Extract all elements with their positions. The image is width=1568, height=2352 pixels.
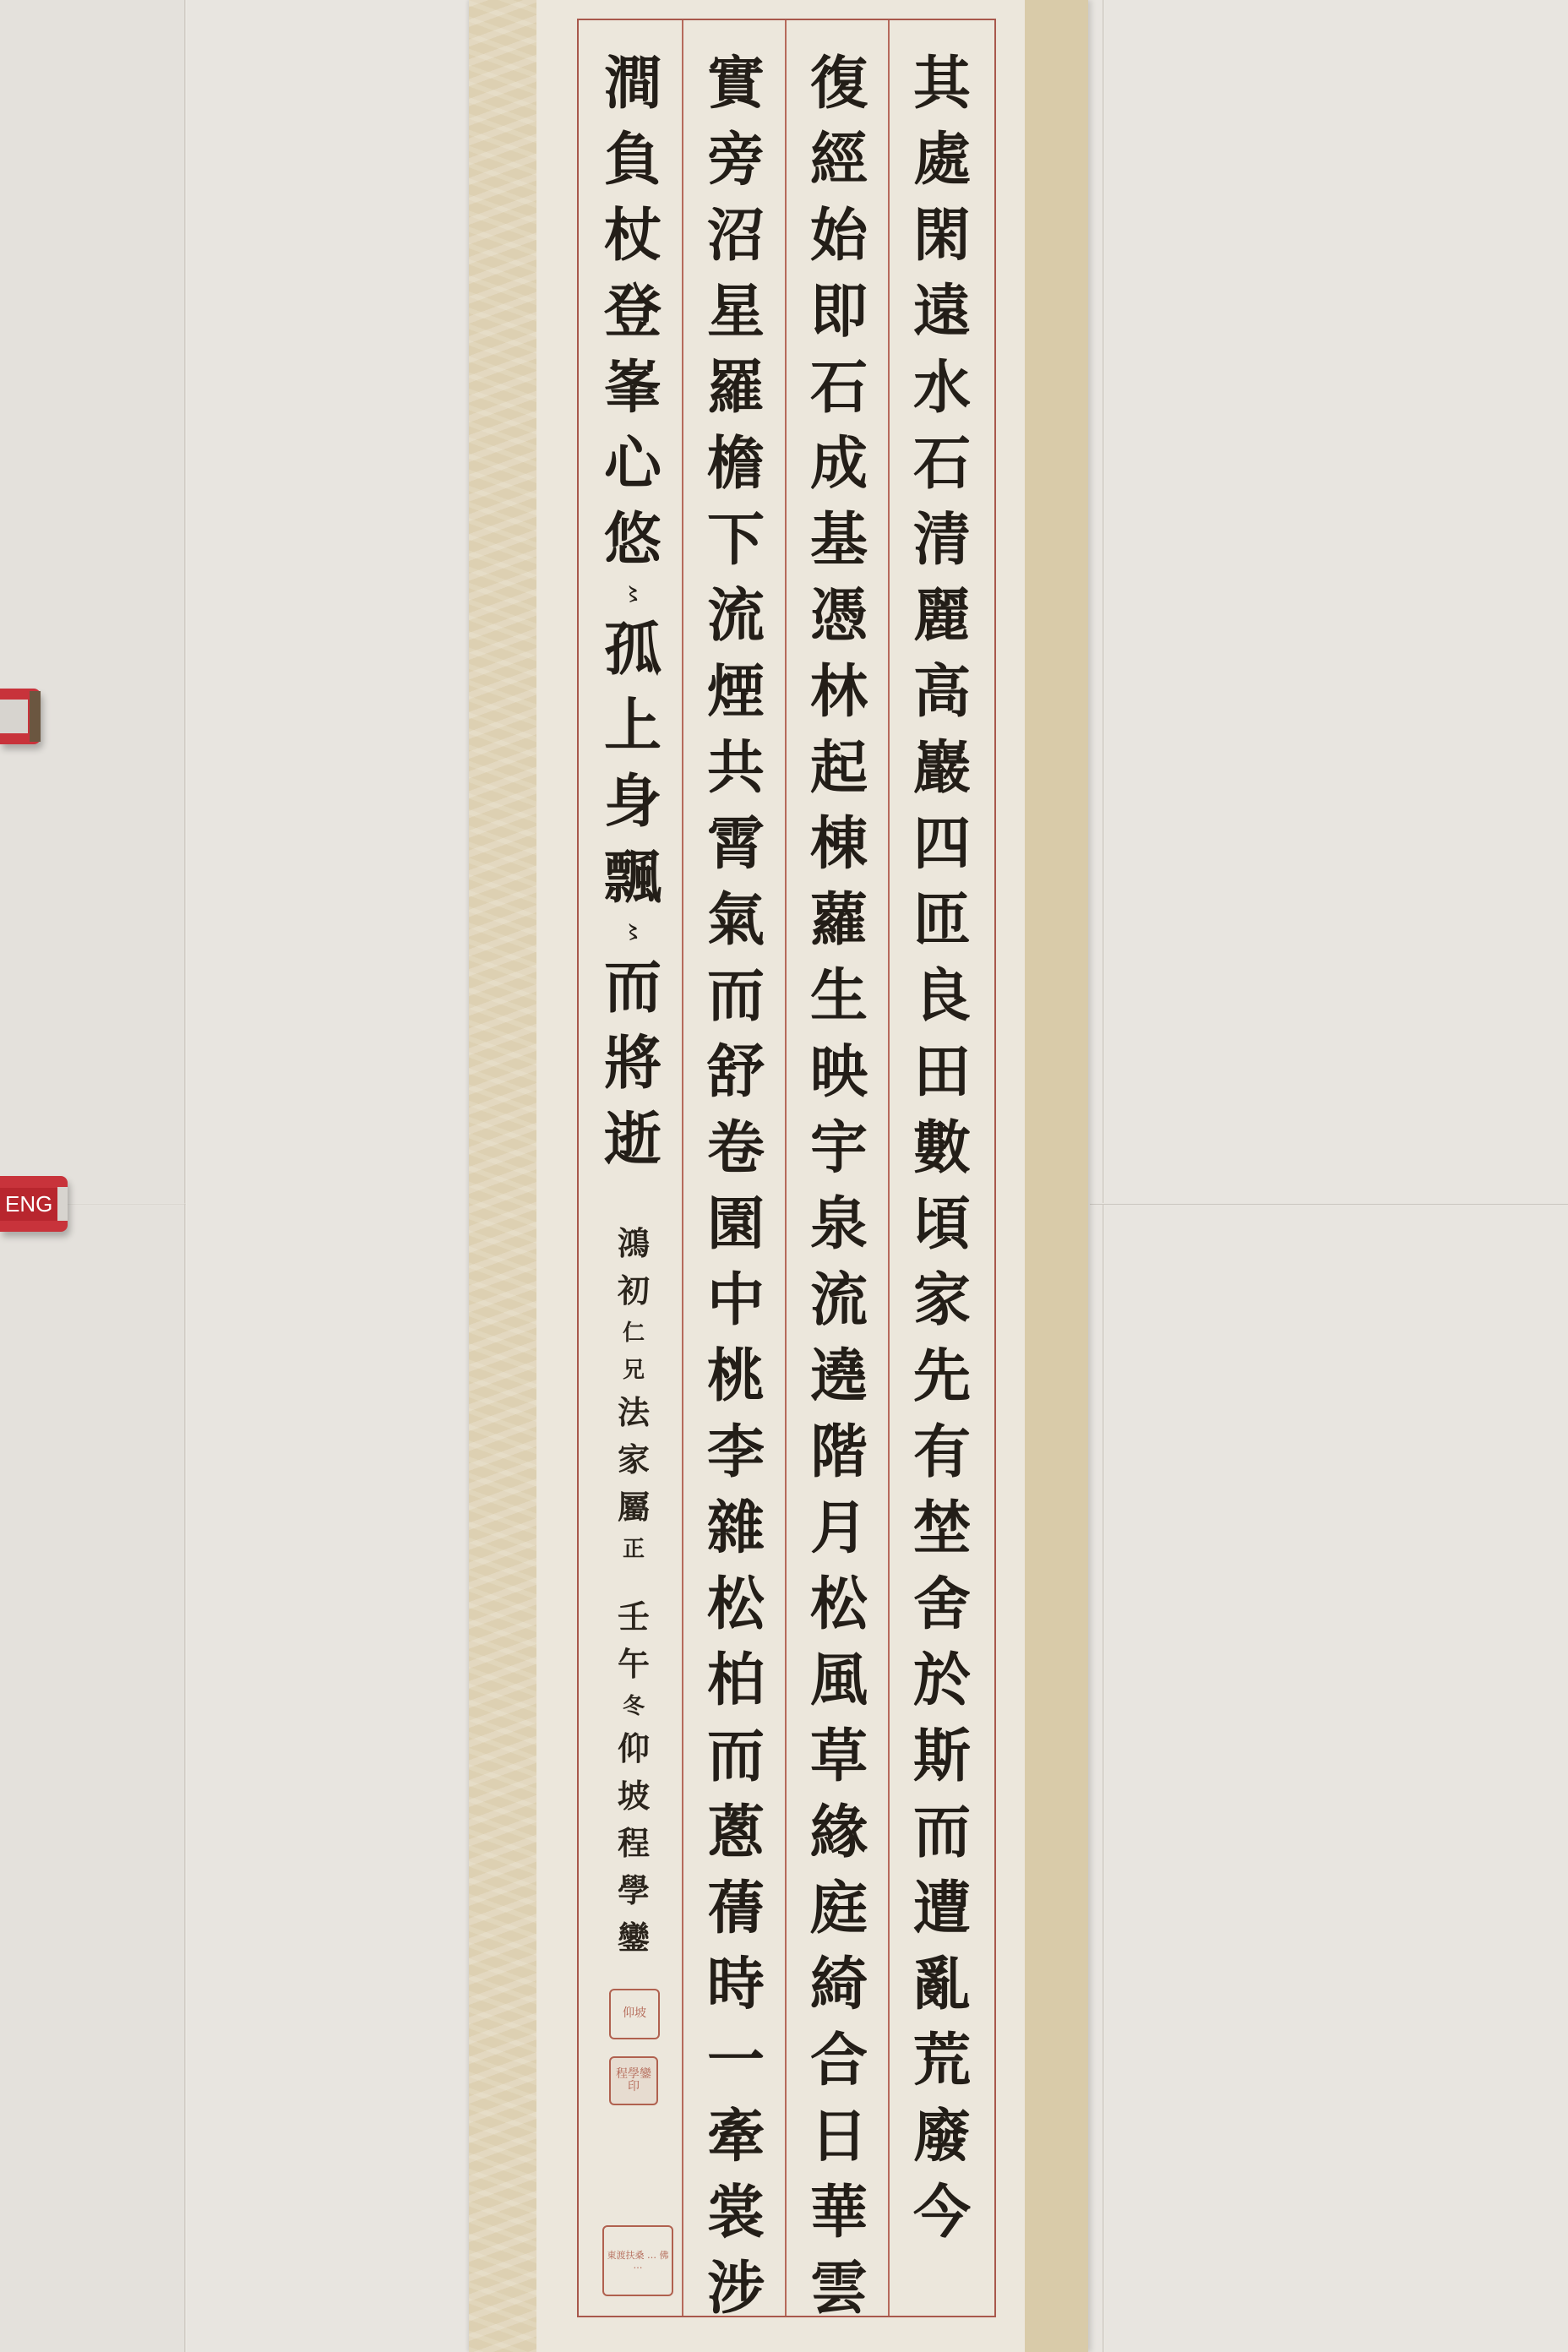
signature-char: 坡 [618,1772,650,1820]
calligraphy-char: 而 [707,1718,765,1794]
calligraphy-char: 舍 [913,1566,971,1642]
calligraphy-char: 涉 [707,2251,765,2327]
calligraphy-char: 杖 [604,198,661,274]
calligraphy-char: 今 [913,2175,971,2251]
calligraphy-char: 蘿 [810,882,868,958]
wall-seam [1090,1203,1568,1205]
calligraphy-char: 復 [810,46,868,122]
calligraphy-char: 起 [810,730,868,806]
signature-char: 程 [618,1820,650,1867]
calligraphy-char: 松 [810,1566,868,1642]
calligraphy-char: 階 [810,1414,868,1490]
calligraphy-char: 廢 [913,2099,971,2175]
calligraphy-char: 風 [810,1642,868,1718]
calligraphy-scroll: 其處閑遠水石清麗高巖四匝良田數頃家先有埜舍於斯而遭亂荒廢今 復經始即石成基憑林起… [469,0,1088,2352]
text-column-1: 其處閑遠水石清麗高巖四匝良田數頃家先有埜舍於斯而遭亂荒廢今 [891,46,993,2251]
calligraphy-char: 心 [604,426,661,502]
label-code: ENG [0,1188,57,1221]
text-column-4: 澗負杖登峯心悠〻孤上身飄〻而將逝 [582,46,683,1178]
calligraphy-char: 將 [604,1026,661,1102]
calligraphy-char: 憑 [810,578,868,654]
calligraphy-char: 處 [913,122,971,198]
calligraphy-char: 舒 [707,1034,765,1110]
calligraphy-char: 埜 [913,1490,971,1566]
calligraphy-char: 遶 [810,1338,868,1414]
calligraphy-char: 高 [913,654,971,730]
calligraphy-char: 而 [707,958,765,1034]
calligraphy-char: 良 [913,958,971,1034]
calligraphy-char: 有 [913,1414,971,1490]
calligraphy-char: 悠 [604,502,661,578]
calligraphy-char: 麗 [913,578,971,654]
calligraphy-char: 閑 [913,198,971,274]
calligraphy-char: 遭 [913,1870,971,1946]
wall-seam [1102,0,1105,2352]
inscription-char: 家 [618,1436,650,1484]
calligraphy-char: 田 [913,1034,971,1110]
calligraphy-char: 頃 [913,1186,971,1262]
calligraphy-char: 巖 [913,730,971,806]
signature-char: 學 [618,1867,650,1914]
seal-3: 東渡扶桑 … 佛 … [602,2225,673,2296]
calligraphy-char: 生 [810,958,868,1034]
inscription-char: 法 [618,1389,650,1436]
seal-2: 程學鑾印 [609,2056,658,2105]
calligraphy-char: 四 [913,806,971,882]
calligraphy-char: 流 [707,578,765,654]
calligraphy-char: 林 [810,654,868,730]
calligraphy-char: 煙 [707,654,765,730]
calligraphy-char: 雜 [707,1490,765,1566]
calligraphy-char: 而 [604,950,661,1026]
calligraphy-char: 石 [810,350,868,426]
calligraphy-char: 實 [707,46,765,122]
calligraphy-char: 基 [810,502,868,578]
calligraphy-char: 成 [810,426,868,502]
calligraphy-char: 檐 [707,426,765,502]
signature-char: 壬 [618,1593,650,1641]
calligraphy-char: 雲 [810,2251,868,2327]
silk-border-right [1025,0,1088,2352]
calligraphy-char: 泉 [810,1186,868,1262]
signature-char: 冬 [623,1688,645,1725]
calligraphy-char: 松 [707,1566,765,1642]
calligraphy-char: 氣 [707,882,765,958]
calligraphy-char: 石 [913,426,971,502]
inscription-char: 鴻 [618,1220,650,1267]
ruled-frame: 其處閑遠水石清麗高巖四匝良田數頃家先有埜舍於斯而遭亂荒廢今 復經始即石成基憑林起… [577,19,996,2317]
silk-border-left [469,0,536,2352]
inscription: 鴻初仁兄法家屬正壬午冬仰坡程學鑾 [587,1220,680,1962]
calligraphy-char: 遠 [913,274,971,350]
label-clip [30,691,41,742]
calligraphy-char: 經 [810,122,868,198]
wall-label-red [0,689,41,744]
calligraphy-char: 草 [810,1718,868,1794]
calligraphy-char: 映 [810,1034,868,1110]
signature-char: 午 [618,1641,650,1688]
seal-1: 仰坡 [609,1989,660,2039]
calligraphy-char: 庭 [810,1870,868,1946]
calligraphy-char: 沼 [707,198,765,274]
calligraphy-char: 峯 [604,350,661,426]
calligraphy-char: 日 [810,2099,868,2175]
calligraphy-char: 澗 [604,46,661,122]
calligraphy-char: 霄 [707,806,765,882]
calligraphy-char: 清 [913,502,971,578]
calligraphy-char: 下 [707,502,765,578]
calligraphy-char: 一 [707,2023,765,2099]
calligraphy-char: 羅 [707,350,765,426]
calligraphy-char: 先 [913,1338,971,1414]
signature-char: 仰 [618,1725,650,1772]
calligraphy-char: 家 [913,1262,971,1338]
calligraphy-char: 綺 [810,1946,868,2023]
calligraphy-char: 星 [707,274,765,350]
calligraphy-char: 合 [810,2023,868,2099]
calligraphy-char: 飄 [604,840,661,916]
calligraphy-char: 牽 [707,2099,765,2175]
calligraphy-char: 其 [913,46,971,122]
calligraphy-char: 華 [810,2175,868,2251]
calligraphy-char: 棟 [810,806,868,882]
calligraphy-char: 裳 [707,2175,765,2251]
text-column-3: 實旁沼星羅檐下流煙共霄氣而舒卷園中桃李雜松柏而蔥蒨時一牽裳涉 [685,46,787,2327]
calligraphy-char: 上 [604,688,661,764]
calligraphy-char: 蒨 [707,1870,765,1946]
calligraphy-char: 登 [604,274,661,350]
calligraphy-char: 李 [707,1414,765,1490]
calligraphy-char: 宇 [810,1110,868,1186]
calligraphy-char: 斯 [913,1718,971,1794]
calligraphy-char: 水 [913,350,971,426]
calligraphy-char: 數 [913,1110,971,1186]
calligraphy-char: 月 [810,1490,868,1566]
calligraphy-char: 共 [707,730,765,806]
calligraphy-char: 亂 [913,1946,971,2023]
calligraphy-char: 柏 [707,1642,765,1718]
calligraphy-char: 身 [604,764,661,840]
inscription-char: 初 [618,1267,650,1315]
calligraphy-char: 負 [604,122,661,198]
inscription-char: 屬 [618,1484,650,1531]
calligraphy-char: 中 [707,1262,765,1338]
inscription-char: 仁 [623,1315,645,1352]
calligraphy-char: 緣 [810,1794,868,1870]
calligraphy-char: 流 [810,1262,868,1338]
wall-label-red: ENG [0,1176,68,1232]
inscription-char: 正 [623,1531,645,1568]
calligraphy-char: 〻 [623,916,642,950]
calligraphy-char: 於 [913,1642,971,1718]
calligraphy-char: 卷 [707,1110,765,1186]
calligraphy-char: 逝 [604,1102,661,1178]
calligraphy-char: 時 [707,1946,765,2023]
signature-char: 鑾 [618,1914,650,1962]
calligraphy-char: 始 [810,198,868,274]
text-column-2: 復經始即石成基憑林起棟蘿生映宇泉流遶階月松風草緣庭綺合日華雲 [788,46,890,2327]
inscription-char: 兄 [623,1352,645,1389]
wall-seam [184,0,187,2352]
calligraphy-char: 蔥 [707,1794,765,1870]
calligraphy-char: 〻 [623,578,642,612]
calligraphy-char: 即 [810,274,868,350]
calligraphy-char: 荒 [913,2023,971,2099]
calligraphy-char: 桃 [707,1338,765,1414]
calligraphy-char: 而 [913,1794,971,1870]
calligraphy-char: 孤 [604,612,661,688]
calligraphy-char: 園 [707,1186,765,1262]
scroll-paper: 其處閑遠水石清麗高巖四匝良田數頃家先有埜舍於斯而遭亂荒廢今 復經始即石成基憑林起… [536,0,1025,2352]
calligraphy-char: 旁 [707,122,765,198]
calligraphy-char: 匝 [913,882,971,958]
